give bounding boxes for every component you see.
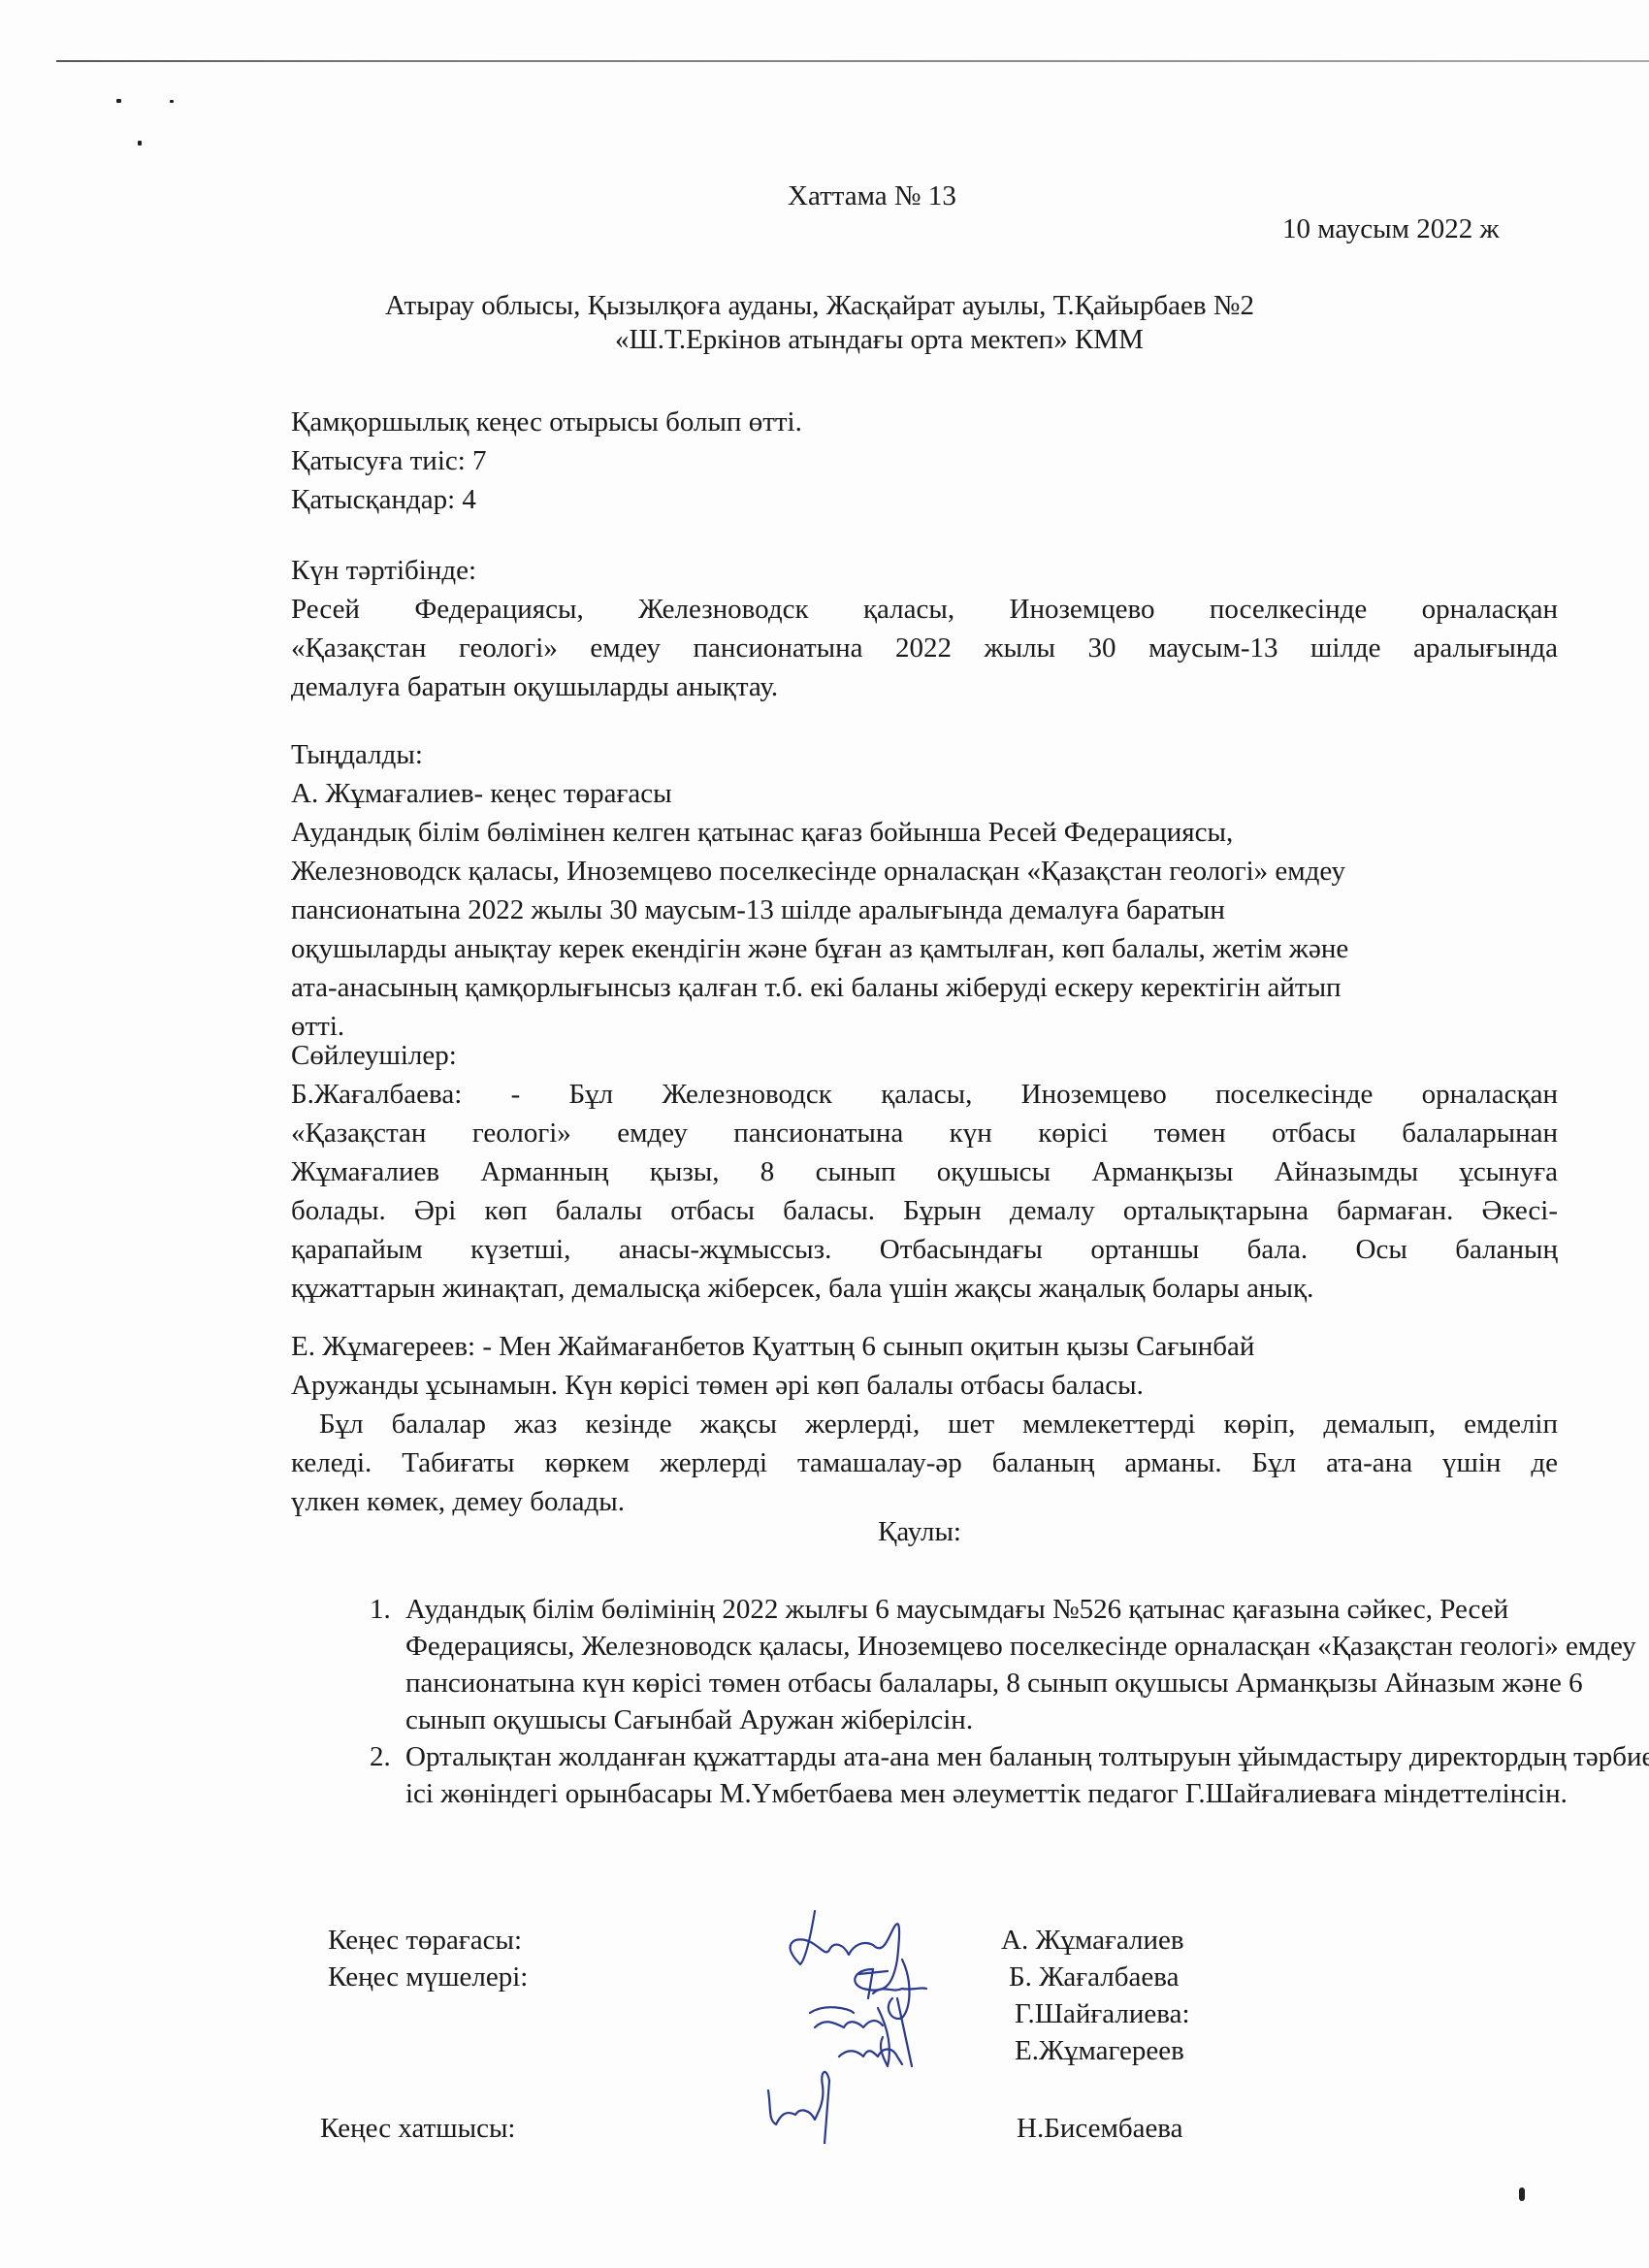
speaker1-line: «Қазақстан геологі» емдеу пансионатына к… <box>291 1114 1558 1152</box>
speaker1-line: құжаттарын жинақтап, демалысқа жіберсек,… <box>291 1269 1558 1308</box>
heard-line: Аудандық білім бөлімінен келген қатынас … <box>291 813 1558 852</box>
heard-label: Тыңдалды: <box>291 735 1558 774</box>
agenda-section: Күн тәртібінде: Ресей Федерациясы, Желез… <box>291 551 1558 706</box>
speaker1-line: Б.Жағалбаева: - Бұл Железноводск қаласы,… <box>291 1075 1558 1114</box>
signatory-name: А. Жұмағалиев <box>1001 1925 1184 1957</box>
scan-edge-line <box>56 60 1649 62</box>
speaker2-line: үлкен көмек, демеу болады. <box>291 1482 1558 1521</box>
speakers-label: Сөйлеушілер: <box>291 1036 1558 1075</box>
secretary-name: Н.Бисембаева <box>1017 2113 1183 2145</box>
decision-label: Қаулы: <box>878 1516 961 1548</box>
agenda-line: демалуға баратын оқушыларды анықтау. <box>291 667 1558 706</box>
chair-label: Кеңес төрағасы: <box>328 1925 522 1957</box>
scan-speck <box>170 100 174 103</box>
speaker2-line: Е. Жұмагереев: - Мен Жаймағанбетов Қуатт… <box>291 1327 1558 1366</box>
heard-line: оқушыларды анықтау керек екендігін және … <box>291 929 1558 968</box>
scan-speck <box>116 99 121 103</box>
document-title: Хаттама № 13 <box>788 177 956 215</box>
speaker2-line: келеді. Табиғаты көркем жерлерді тамашал… <box>291 1443 1558 1482</box>
heard-line: пансионатына 2022 жылы 30 маусым-13 шілд… <box>291 891 1558 929</box>
scan-speck <box>138 141 142 146</box>
attended: Қатысқандар: 4 <box>291 480 1558 519</box>
scan-speck <box>1519 2187 1525 2201</box>
decision-list: Аудандық білім бөлімінің 2022 жылғы 6 ма… <box>301 1591 1649 1812</box>
speaker1-line: болады. Әрі көп балалы отбасы баласы. Бұ… <box>291 1191 1558 1230</box>
speaker2-line: Бұл балалар жаз кезінде жақсы жерлерді, … <box>291 1405 1558 1443</box>
header-school: «Ш.Т.Еркінов атындағы орта мектеп» КММ <box>615 320 1144 359</box>
handwritten-signatures-icon <box>757 1901 989 2144</box>
speaker2-line: Аружанды ұсынамын. Күн көрісі төмен әрі … <box>291 1366 1558 1405</box>
signatory-name: Е.Жұмагереев <box>1015 2035 1184 2067</box>
decision-item: Аудандық білім бөлімінің 2022 жылғы 6 ма… <box>398 1591 1649 1738</box>
speaker2-section: Е. Жұмагереев: - Мен Жаймағанбетов Қуатт… <box>291 1327 1558 1521</box>
heard-section: Тыңдалды: А. Жұмағалиев- кеңес төрағасы … <box>291 735 1558 1046</box>
signatory-name: Г.Шайғалиева: <box>1015 1998 1190 2030</box>
signatory-name: Б. Жағалбаева <box>1009 1961 1179 1993</box>
speaker1-line: қарапайым күзетші, анасы-жұмыссыз. Отбас… <box>291 1230 1558 1269</box>
header-address: Атырау облысы, Қызылқоға ауданы, Жасқайр… <box>385 286 1254 325</box>
should-attend: Қатысуға тиіс: 7 <box>291 441 1558 480</box>
heard-line: Железноводск қаласы, Иноземцево поселкес… <box>291 852 1558 891</box>
meeting-held: Қамқоршылық кеңес отырысы болып өтті. <box>291 403 1558 441</box>
secretary-label: Кеңес хатшысы: <box>320 2113 516 2145</box>
agenda-line: «Қазақстан геологі» емдеу пансионатына 2… <box>291 629 1558 667</box>
heard-line: ата-анасының қамқорлығынсыз қалған т.б. … <box>291 968 1558 1007</box>
meeting-info: Қамқоршылық кеңес отырысы болып өтті. Қа… <box>291 403 1558 519</box>
agenda-label: Күн тәртібінде: <box>291 551 1558 590</box>
heard-speaker: А. Жұмағалиев- кеңес төрағасы <box>291 774 1558 813</box>
document-date: 10 маусым 2022 ж <box>1282 210 1500 248</box>
decision-item: Орталықтан жолданған құжаттарды ата-ана … <box>398 1738 1649 1812</box>
speakers-section: Сөйлеушілер: Б.Жағалбаева: - Бұл Железно… <box>291 1036 1558 1308</box>
speaker1-line: Жұмағалиев Арманның қызы, 8 сынып оқушыс… <box>291 1152 1558 1191</box>
members-label: Кеңес мүшелері: <box>328 1961 528 1993</box>
agenda-line: Ресей Федерациясы, Железноводск қаласы, … <box>291 590 1558 629</box>
